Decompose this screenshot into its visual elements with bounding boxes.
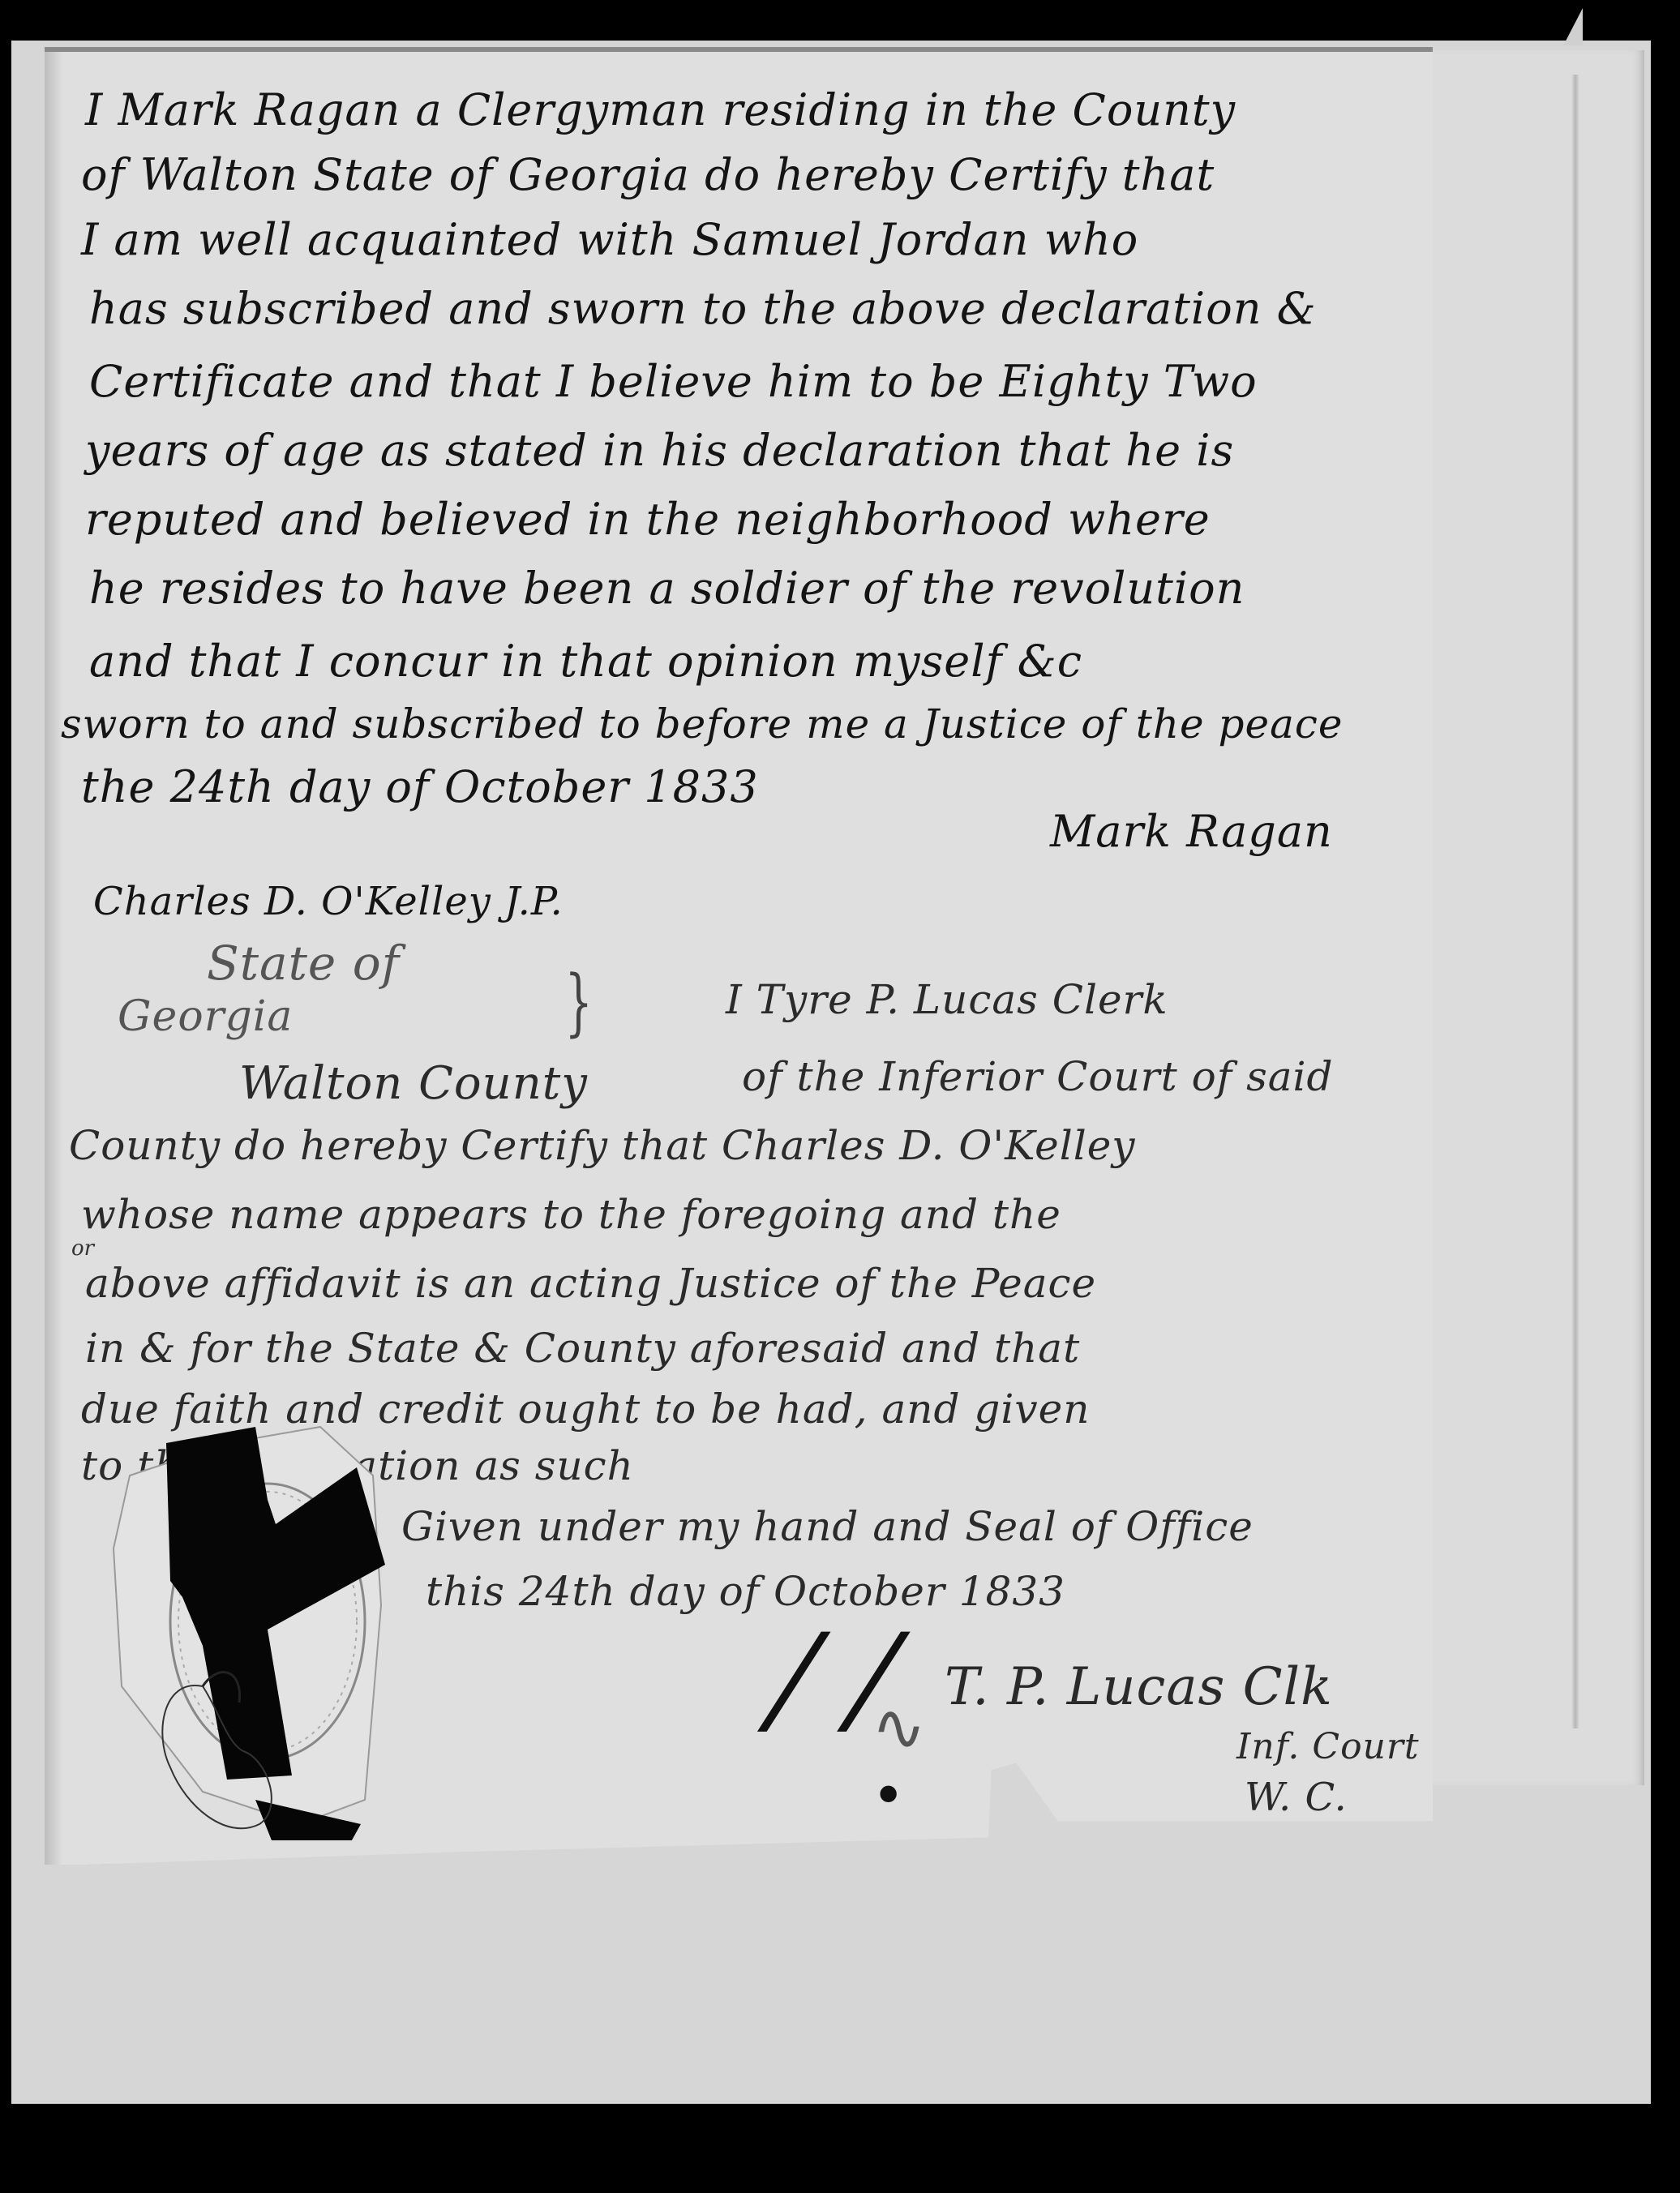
cert-heading-county: Walton County: [239, 1057, 588, 1110]
page-edge-shadow: [45, 52, 62, 1865]
cert-line: of the Inferior Court of said: [742, 1053, 1334, 1100]
cert-heading-georgia: Georgia: [118, 992, 293, 1041]
cert-line: whose name appears to the foregoing and …: [81, 1191, 1061, 1238]
cert-line: I Tyre P. Lucas Clerk: [726, 976, 1168, 1023]
margin-note: or: [71, 1236, 94, 1261]
affidavit-line: and that I concur in that opinion myself…: [89, 636, 1082, 687]
jp-signature: Charles D. O'Kelley J.P.: [93, 879, 564, 924]
clerk-title-county: W. C.: [1245, 1775, 1348, 1820]
affidavit-line: he resides to have been a soldier of the…: [89, 563, 1245, 614]
affidavit-line: sworn to and subscribed to before me a J…: [61, 700, 1344, 747]
cert-heading-state: State of: [207, 936, 400, 991]
affidavit-line: Certificate and that I believe him to be…: [89, 356, 1258, 407]
cert-line: Given under my hand and Seal of Office: [401, 1503, 1254, 1550]
cert-date-line: this 24th day of October 1833: [426, 1568, 1065, 1615]
folded-back-page: [1423, 50, 1644, 1785]
affidavit-line: I am well acquainted with Samuel Jordan …: [81, 214, 1138, 265]
clerk-title-court: Inf. Court: [1236, 1726, 1420, 1767]
affidavit-line: I Mark Ragan a Clergyman residing in the…: [85, 84, 1236, 135]
cert-line: above affidavit is an acting Justice of …: [85, 1260, 1096, 1307]
cert-line: in & for the State & County aforesaid an…: [85, 1325, 1080, 1372]
mark-ragan-signature: Mark Ragan: [1050, 806, 1333, 857]
affidavit-line: has subscribed and sworn to the above de…: [89, 283, 1317, 334]
flourish-squiggle: ∿: [872, 1690, 926, 1765]
affidavit-line: years of age as stated in his declaratio…: [85, 425, 1234, 476]
affidavit-date-line: the 24th day of October 1833: [81, 761, 759, 812]
fold-crease: [1571, 75, 1579, 1728]
affidavit-line: of Walton State of Georgia do hereby Cer…: [81, 149, 1215, 200]
flourish-drop: •: [872, 1763, 905, 1829]
clerk-signature: T. P. Lucas Clk: [945, 1657, 1333, 1717]
brace-mark: }: [564, 960, 592, 1045]
affidavit-line: reputed and believed in the neighborhood…: [85, 494, 1211, 545]
seal-icon: [105, 1419, 414, 1840]
cert-line: County do hereby Certify that Charles D.…: [69, 1122, 1136, 1169]
wax-seal: [105, 1419, 414, 1840]
